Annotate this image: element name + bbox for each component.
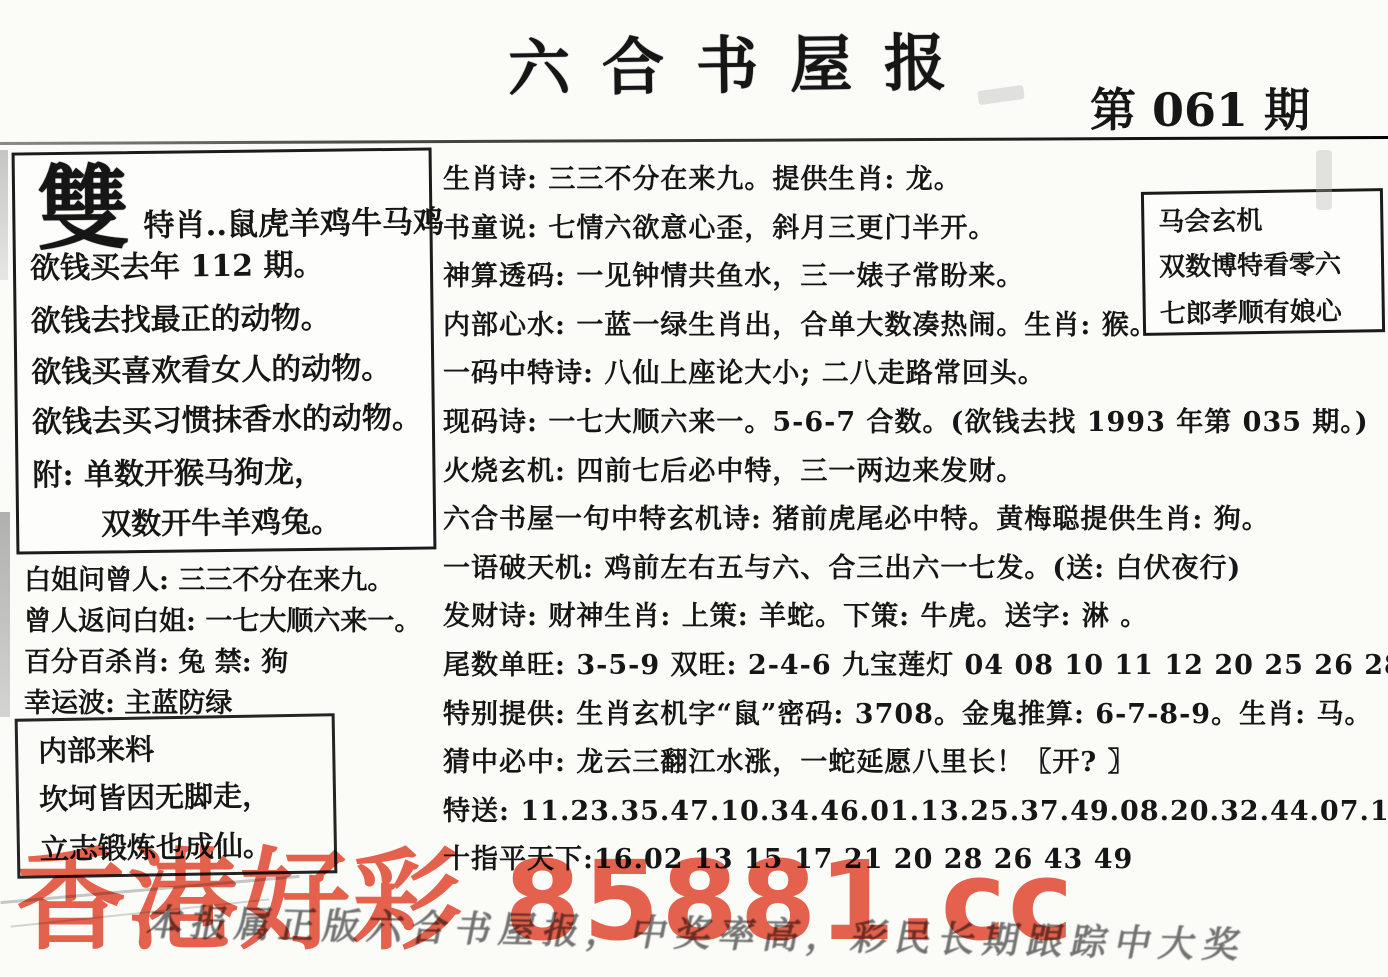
tip-line-special-numbers: 特送: 11.23.35.47.10.34.46.01.13.25.37.49.…	[443, 788, 1388, 837]
tip-line-fortune-poem: 发财诗: 财神生肖: 上策: 羊蛇。下策: 牛虎。送字: 淋 。	[443, 593, 1388, 642]
left-mid-line: 百分百杀肖: 兔 禁: 狗	[24, 642, 434, 683]
tip-line-zodiac-poem: 生肖诗: 三三不分在来九。提供生肖: 龙。	[443, 156, 1388, 205]
header-divider	[0, 136, 1388, 145]
left-box-line: 双数开牛羊鸡兔。	[101, 497, 342, 544]
issue-number: 第 061 期	[1090, 74, 1310, 140]
left-box-line: 欲钱买喜欢看女人的动物。	[31, 343, 392, 391]
page-title: 六合书屋报	[507, 13, 978, 109]
tip-line-divine-code: 神算透码: 一见钟情共鱼水，三一婊子常盼来。	[443, 253, 1388, 302]
tip-line-fire-mystery: 火烧玄机: 四前七后必中特，三一两边来发财。	[443, 448, 1388, 497]
left-box-line: 欲钱买去年 112 期。	[30, 240, 324, 288]
left-mid-line: 曾人返问白姐: 一七大顺六来一。	[24, 601, 434, 642]
scan-noise-artifact	[977, 85, 1025, 105]
sister-dialog-section: 白姐问曾人: 三三不分在来九。 曾人返问白姐: 一七大顺六来一。 百分百杀肖: …	[24, 560, 434, 724]
special-zodiac-box: 雙 特肖..鼠虎羊鸡牛马鸡 欲钱买去年 112 期。 欲钱去找最正的动物。 欲钱…	[12, 147, 437, 554]
scan-noise-artifact	[1316, 150, 1332, 210]
internal-material-line: 内部来料	[38, 727, 155, 770]
scan-edge-artifact	[0, 512, 10, 717]
tip-line-one-sentence-poem: 六合书屋一句中特玄机诗: 猪前虎尾必中特。黄梅聪提供生肖: 狗。	[443, 496, 1388, 545]
left-box-line: 欲钱去找最正的动物。	[30, 293, 331, 341]
big-character: 雙	[37, 162, 130, 255]
left-box-line: 欲钱去买习惯抹香水的动物。	[32, 393, 423, 442]
tip-line-tail-numbers: 尾数单旺: 3-5-9 双旺: 2-4-6 九宝莲灯 04 08 10 11 1…	[443, 642, 1388, 691]
left-mid-line: 白姐问曾人: 三三不分在来九。	[24, 560, 434, 601]
tips-column: 生肖诗: 三三不分在来九。提供生肖: 龙。 书童说: 七情六欲意心歪，斜月三更门…	[443, 156, 1388, 885]
scan-edge-artifact	[0, 150, 8, 280]
newspaper-page: 六合书屋报 第 061 期 雙 特肖..鼠虎羊鸡牛马鸡 欲钱买去年 112 期。…	[0, 0, 1388, 977]
tip-line-one-code-poem: 一码中特诗: 八仙上座论大小; 二八走路常回头。	[443, 350, 1388, 399]
tip-line-book-boy: 书童说: 七情六欲意心歪，斜月三更门半开。	[443, 205, 1388, 254]
site-watermark: 香港好彩 85881.cc	[16, 846, 1075, 956]
tip-line-special-offer: 特别提供: 生肖玄机字“鼠”密码: 3708。金鬼推算: 6-7-8-9。生肖:…	[443, 691, 1388, 740]
special-zodiac-subtitle: 特肖..鼠虎羊鸡牛马鸡	[143, 196, 444, 245]
tip-line-guess-hit: 猜中必中: 龙云三翻江水涨，一蛇延愿八里长！〖开? 〗	[443, 739, 1388, 788]
internal-material-line: 坎坷皆因无脚走，	[39, 773, 272, 818]
tip-line-current-code-poem: 现码诗: 一七大顺六来一。5-6-7 合数。(欲钱去找 1993 年第 035 …	[443, 399, 1388, 448]
left-box-line: 附: 单数开猴马狗龙，	[32, 447, 324, 495]
tip-line-internal-pick: 内部心水: 一蓝一绿生肖出，合单大数凑热闹。生肖: 猴。	[443, 302, 1388, 351]
tip-line-secret-revealed: 一语破天机: 鸡前左右五与六、合三出六一七发。(送: 白伏夜行)	[443, 545, 1388, 594]
